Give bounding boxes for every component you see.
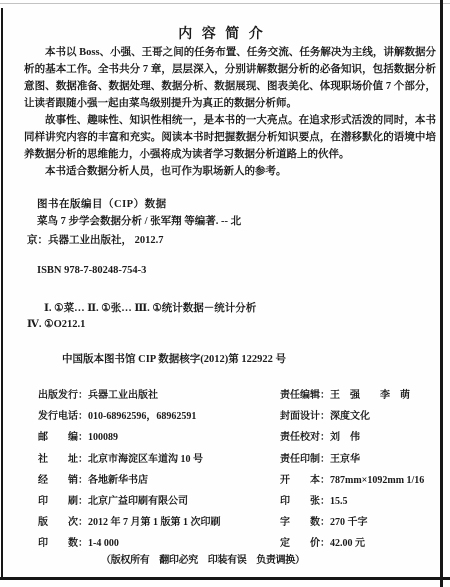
colophon-value: 各地新华书店 xyxy=(88,475,148,486)
colophon-row-word-count: 字 数：270 千字 xyxy=(280,512,440,533)
colophon-label: 印 数： xyxy=(38,538,88,549)
colophon-label: 责任编辑： xyxy=(280,390,330,401)
cip-book-title-line2: 京：兵器工业出版社， 2012.7 xyxy=(27,232,164,247)
colophon-label: 定 价： xyxy=(280,538,330,549)
isbn-number: ISBN 978-7-80248-754-3 xyxy=(37,265,146,276)
intro-paragraph: 本书适合数据分析人员，也可作为职场新人的参考。 xyxy=(24,163,436,180)
colophon-left-column: 出版发行：兵器工业出版社 发行电话：010-68962596，68962591 … xyxy=(38,385,273,555)
cip-section-header: 图书在版编目（CIP）数据 xyxy=(37,196,167,211)
page-border-right xyxy=(440,0,443,587)
page-border-top xyxy=(0,3,450,4)
content-summary-title: 内 容 简 介 xyxy=(0,23,444,43)
colophon-value: 刘 伟 xyxy=(330,432,360,443)
colophon-value: 270 千字 xyxy=(330,517,368,528)
cip-record-number: 中国版本图书馆 CIP 数据核字(2012)第 122922 号 xyxy=(62,351,286,366)
copyright-notice: （版权所有 翻印必究 印装有误 负责调换） xyxy=(101,551,305,566)
intro-paragraph: 故事性、趣味性、知识性相统一，是本书的一大亮点。在追求形式活泼的同时，本书同样讲… xyxy=(24,112,436,163)
colophon-right-column: 责任编辑：王 强 李 萌 封面设计：深度文化 责任校对：刘 伟 责任印制：王京华… xyxy=(280,385,440,555)
colophon-label: 印 张： xyxy=(280,496,330,507)
colophon-row-edition: 版 次：2012 年 7 月第 1 版第 1 次印刷 xyxy=(38,512,273,533)
colophon-row-printer: 印 刷：北京广益印刷有限公司 xyxy=(38,491,273,512)
colophon-row-format: 开 本：787mm×1092mm 1/16 xyxy=(280,470,440,491)
cip-classification-line2: Ⅳ. ①O212.1 xyxy=(27,318,85,330)
colophon-row-cover-design: 封面设计：深度文化 xyxy=(280,406,440,427)
colophon-value: 100089 xyxy=(88,432,118,443)
colophon-row-publisher: 出版发行：兵器工业出版社 xyxy=(38,385,273,406)
book-copyright-page: 内 容 简 介 本书以 Boss、小强、王哥之间的任务布置、任务交流、任务解决为… xyxy=(0,0,450,587)
colophon-label: 发行电话： xyxy=(38,411,88,422)
cip-classification-line1: Ⅰ. ①菜… Ⅱ. ①张… Ⅲ. ①统计数据－统计分析 xyxy=(44,300,256,315)
colophon-row-sheets: 印 张：15.5 xyxy=(280,491,440,512)
colophon-value: 787mm×1092mm 1/16 xyxy=(330,475,424,486)
colophon-label: 印 刷： xyxy=(38,496,88,507)
colophon-value: 兵器工业出版社 xyxy=(88,390,158,401)
colophon-label: 责任校对： xyxy=(280,432,330,443)
page-border-bottom xyxy=(0,577,450,580)
colophon-row-postcode: 邮 编：100089 xyxy=(38,427,273,448)
colophon-row-distributor: 经 销：各地新华书店 xyxy=(38,470,273,491)
cip-book-title-line1: 菜鸟 7 步学会数据分析 / 张军翔 等编著. -- 北 xyxy=(37,213,241,228)
colophon-label: 版 次： xyxy=(38,517,88,528)
colophon-row-proofreader: 责任校对：刘 伟 xyxy=(280,427,440,448)
colophon-label: 字 数： xyxy=(280,517,330,528)
colophon-value: 王 强 李 萌 xyxy=(330,390,410,401)
colophon-value: 010-68962596，68962591 xyxy=(88,411,196,422)
content-summary-section: 本书以 Boss、小强、王哥之间的任务布置、任务交流、任务解决为主线，讲解数据分… xyxy=(24,44,436,180)
colophon-row-address: 社 址：北京市海淀区车道沟 10 号 xyxy=(38,449,273,470)
intro-paragraph: 本书以 Boss、小强、王哥之间的任务布置、任务交流、任务解决为主线，讲解数据分… xyxy=(24,44,436,112)
colophon-value: 15.5 xyxy=(330,496,348,507)
colophon-row-print-supervisor: 责任印制：王京华 xyxy=(280,449,440,470)
colophon-value: 1-4 000 xyxy=(88,538,119,549)
colophon-label: 开 本： xyxy=(280,475,330,486)
colophon-row-phone: 发行电话：010-68962596，68962591 xyxy=(38,406,273,427)
colophon-value: 王京华 xyxy=(330,454,360,465)
colophon-value: 42.00 元 xyxy=(330,538,365,549)
colophon-label: 责任印制： xyxy=(280,454,330,465)
colophon-value: 北京广益印刷有限公司 xyxy=(88,496,188,507)
colophon-value: 深度文化 xyxy=(330,411,370,422)
colophon-row-editor: 责任编辑：王 强 李 萌 xyxy=(280,385,440,406)
colophon-label: 出版发行： xyxy=(38,390,88,401)
colophon-label: 邮 编： xyxy=(38,432,88,443)
colophon-label: 社 址： xyxy=(38,454,88,465)
colophon-label: 经 销： xyxy=(38,475,88,486)
colophon-value: 北京市海淀区车道沟 10 号 xyxy=(88,454,203,465)
colophon-label: 封面设计： xyxy=(280,411,330,422)
page-border-left xyxy=(1,8,3,580)
colophon-value: 2012 年 7 月第 1 版第 1 次印刷 xyxy=(88,517,221,528)
